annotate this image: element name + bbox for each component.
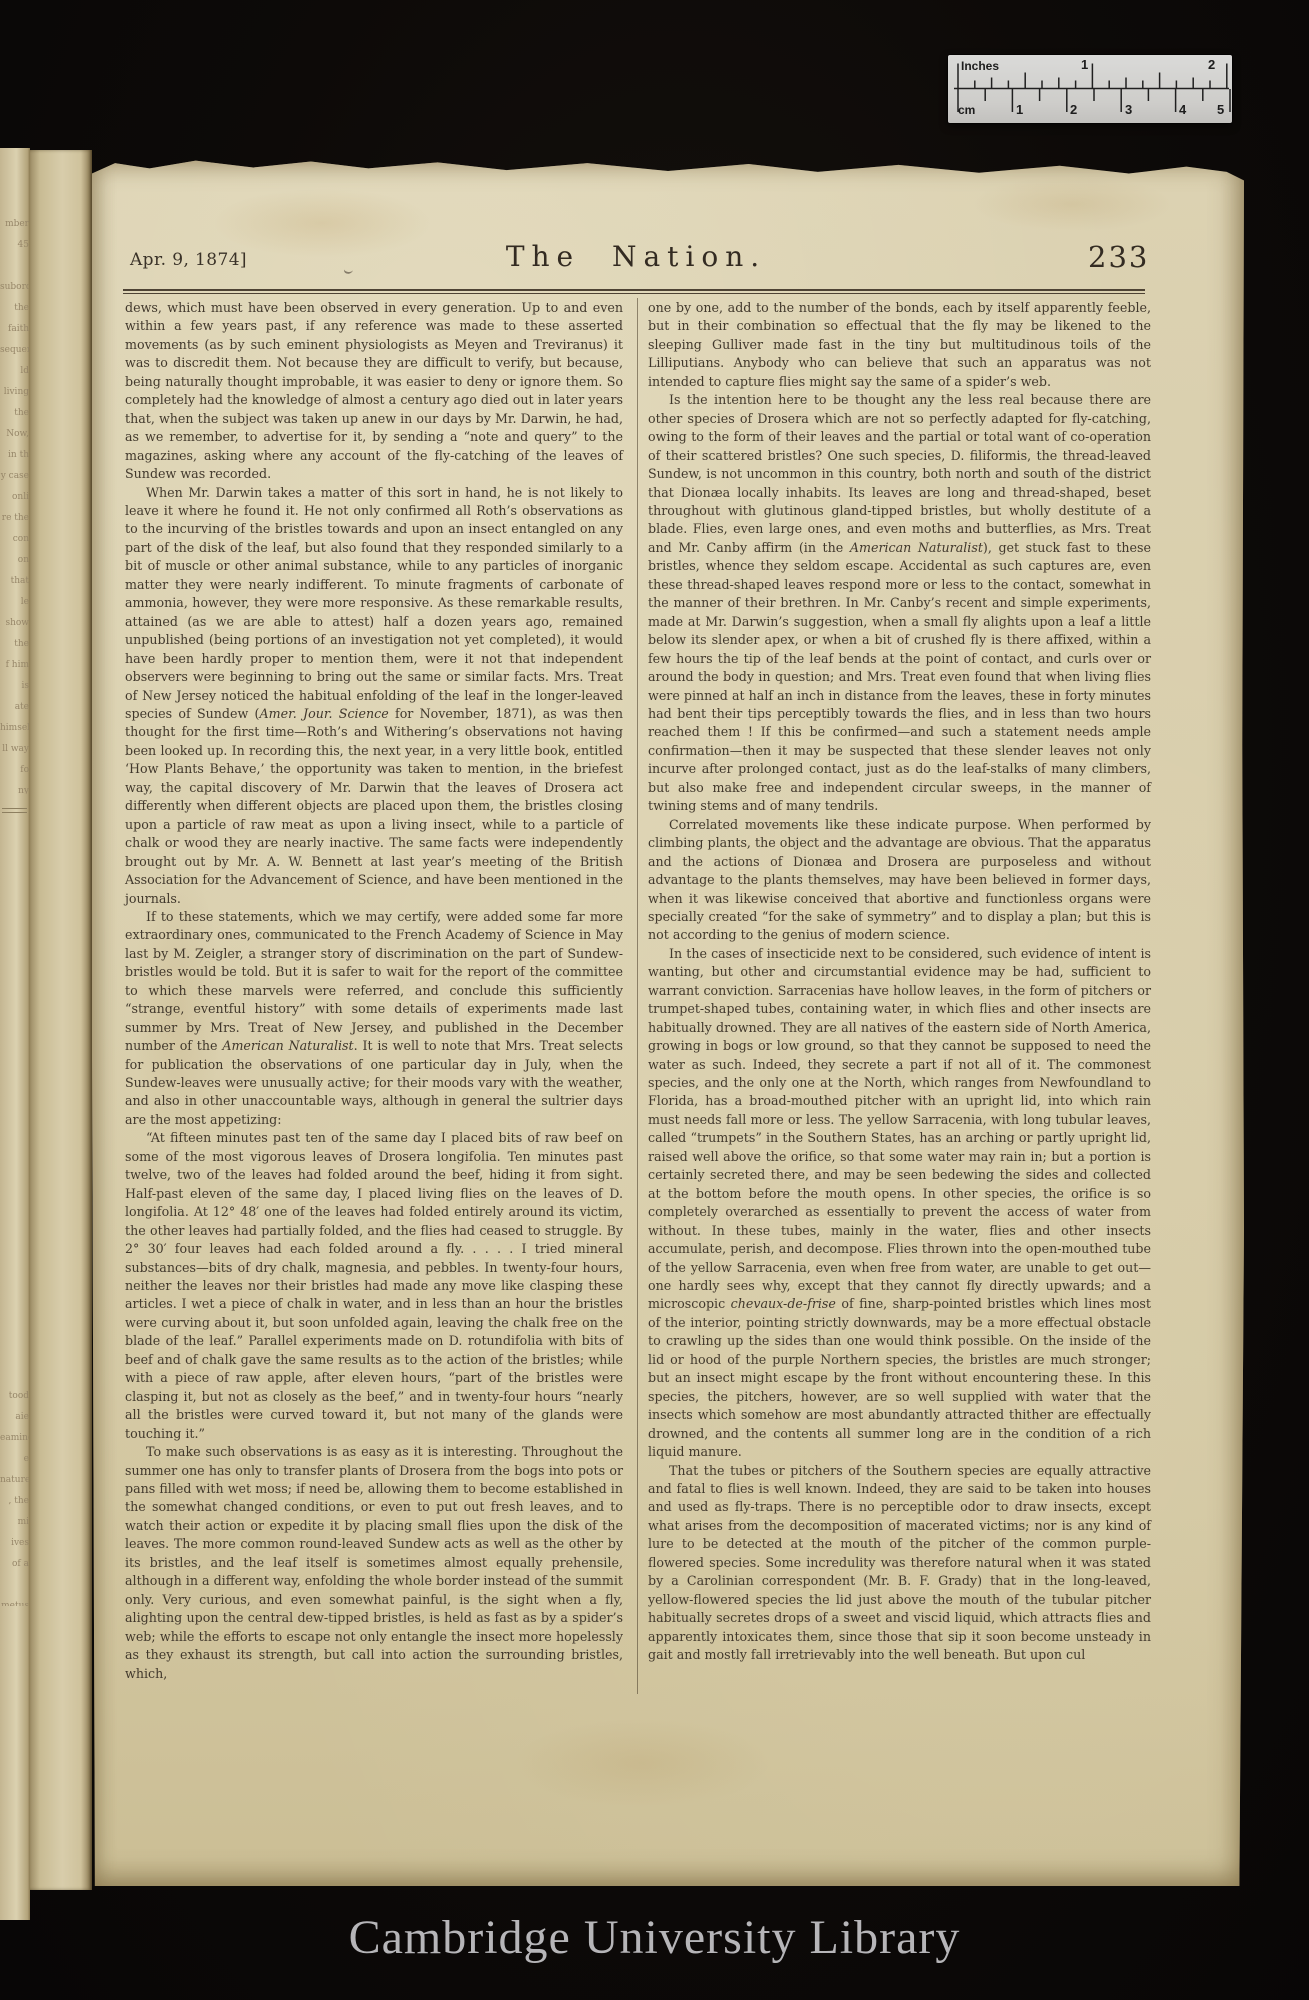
ruler-cm-number: 4	[1179, 102, 1186, 117]
library-watermark: Cambridge University Library	[0, 1910, 1309, 1965]
paragraph: dews, which must have been observed in e…	[125, 299, 623, 484]
ruler-inch-number: 1	[1081, 57, 1088, 72]
right-text-column: one by one, add to the number of the bon…	[648, 299, 1151, 1665]
page-title: The Nation.	[125, 240, 1147, 273]
paragraph: Is the intention here to be thought any …	[648, 391, 1151, 815]
left-text-column: dews, which must have been observed in e…	[125, 299, 623, 1683]
ruler-inch-number: 2	[1208, 57, 1215, 72]
header-double-rule	[123, 289, 1145, 294]
paragraph: When Mr. Darwin takes a matter of this s…	[125, 484, 623, 908]
ruler-cm-number: 5	[1217, 102, 1224, 117]
ruler-cm-number: 2	[1070, 102, 1077, 117]
adjacent-page-rule	[2, 808, 27, 813]
paper-stain	[972, 176, 1172, 232]
page-number: 233	[1088, 240, 1149, 274]
paragraph: In the cases of insecticide next to be c…	[648, 945, 1151, 1462]
paragraph: That the tubes or pitchers of the Southe…	[648, 1462, 1151, 1665]
paragraph: Correlated movements like these indicate…	[648, 816, 1151, 945]
ruler-cm-number: 3	[1125, 102, 1132, 117]
scanned-page-photograph: mber 45 subordin the faith sequently ld …	[0, 0, 1309, 2000]
adjacent-page-edge: mber 45 subordin the faith sequently ld …	[0, 148, 30, 1920]
document-page: Apr. 9, 1874] The Nation. 233 dews, whic…	[92, 158, 1244, 1886]
paper-stain	[512, 1718, 772, 1808]
adjacent-page-text-fragments: tood aie eaminou e nature , the mi ives …	[0, 1386, 29, 1606]
paragraph: one by one, add to the number of the bon…	[648, 299, 1151, 391]
ruler-cm-label: cm	[958, 103, 975, 117]
paragraph: If to these statements, which we may cer…	[125, 908, 623, 1129]
paragraph: To make such observations is as easy as …	[125, 1443, 623, 1683]
adjacent-page-text-fragments: mber 45 subordin the faith sequently ld …	[0, 214, 29, 794]
ruler-cm-number: 1	[1016, 102, 1023, 117]
measurement-ruler: Inches 1 2 cm 1 2 3 4 5	[948, 55, 1232, 123]
column-divider-rule	[637, 298, 638, 1694]
ruler-inches-label: Inches	[961, 59, 999, 73]
paragraph: “At fifteen minutes past ten of the same…	[125, 1129, 623, 1443]
page-gutter-fold	[30, 150, 92, 1890]
